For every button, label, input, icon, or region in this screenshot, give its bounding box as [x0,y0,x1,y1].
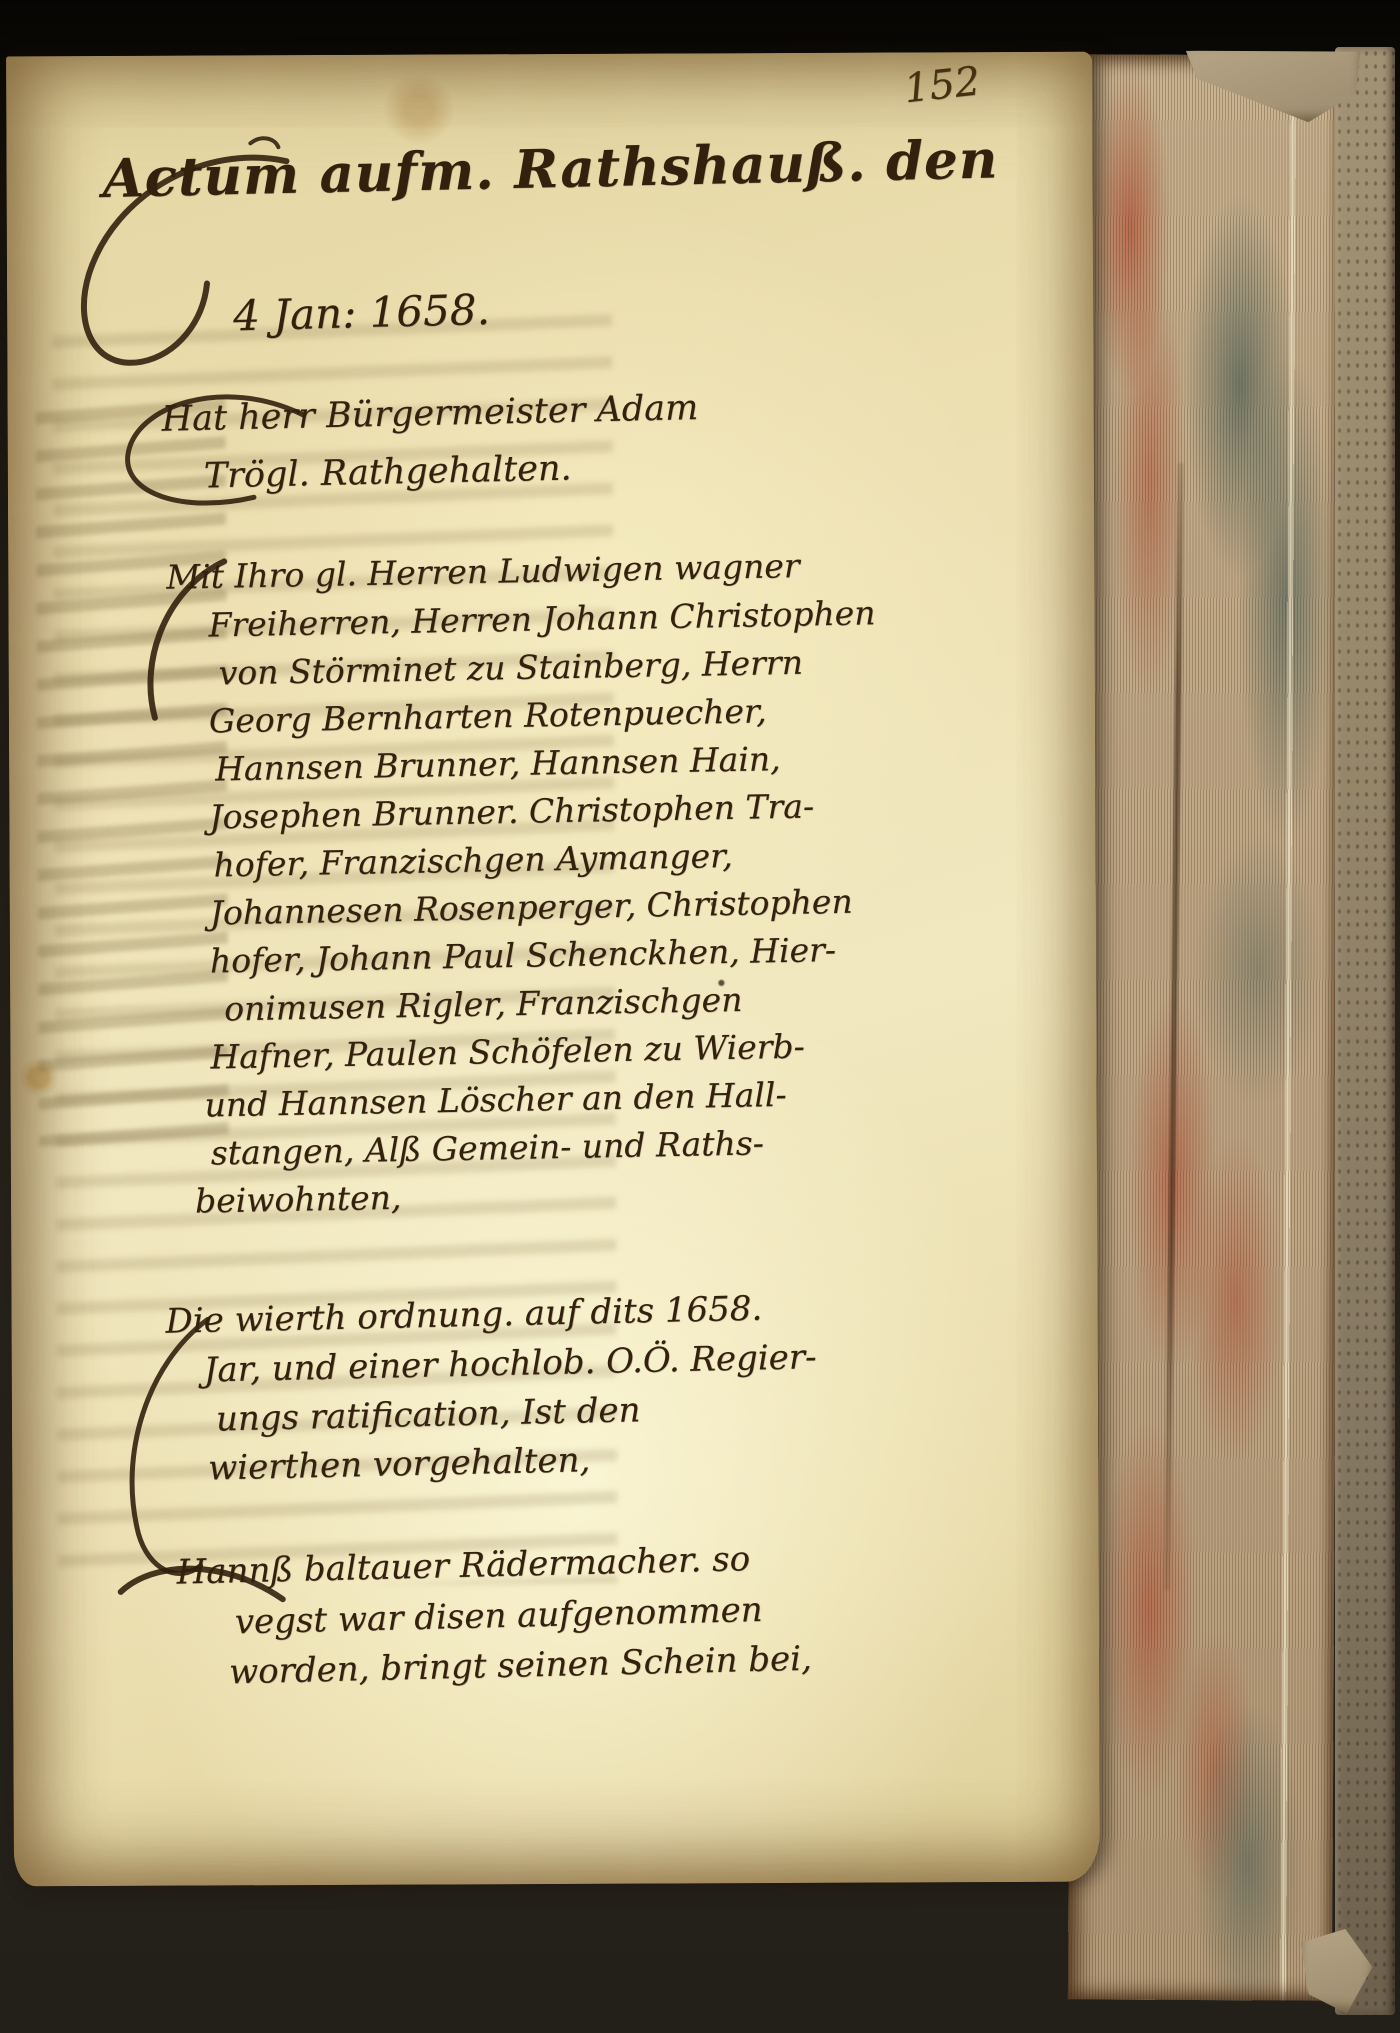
paragraph: Hannß baltauer Rädermacher. so vegst war… [219,1545,813,1698]
text-line: Trögl. Rathgehalten. [203,438,699,506]
text-line: Hat herr Bürgermeister Adam [161,380,699,449]
folio-number: 152 [902,58,983,112]
book-fore-edge [1068,54,1342,2000]
ink-bleedthrough-margin [35,385,228,1146]
fore-edge-crack [1164,463,1184,1591]
paragraph: Hat herr Bürgermeister Adam Trögl. Rathg… [203,389,698,505]
manuscript-photo: 152 Actum aufm. Rathshauß. den 4 Jan: 16… [0,0,1400,2033]
paragraph: Die wierth ordnung. auf dits 1658. Jar, … [207,1295,817,1494]
manuscript-page: 152 Actum aufm. Rathshauß. den 4 Jan: 16… [6,52,1100,1887]
heading-line-1: Actum aufm. Rathshauß. den [102,128,999,210]
heading-line-2: 4 Jan: 1658. [233,285,491,340]
paragraph: Mit Ihro gl. Herren Ludwigen wagner Frei… [208,551,878,1226]
book-cover-edge [1335,47,1395,2015]
